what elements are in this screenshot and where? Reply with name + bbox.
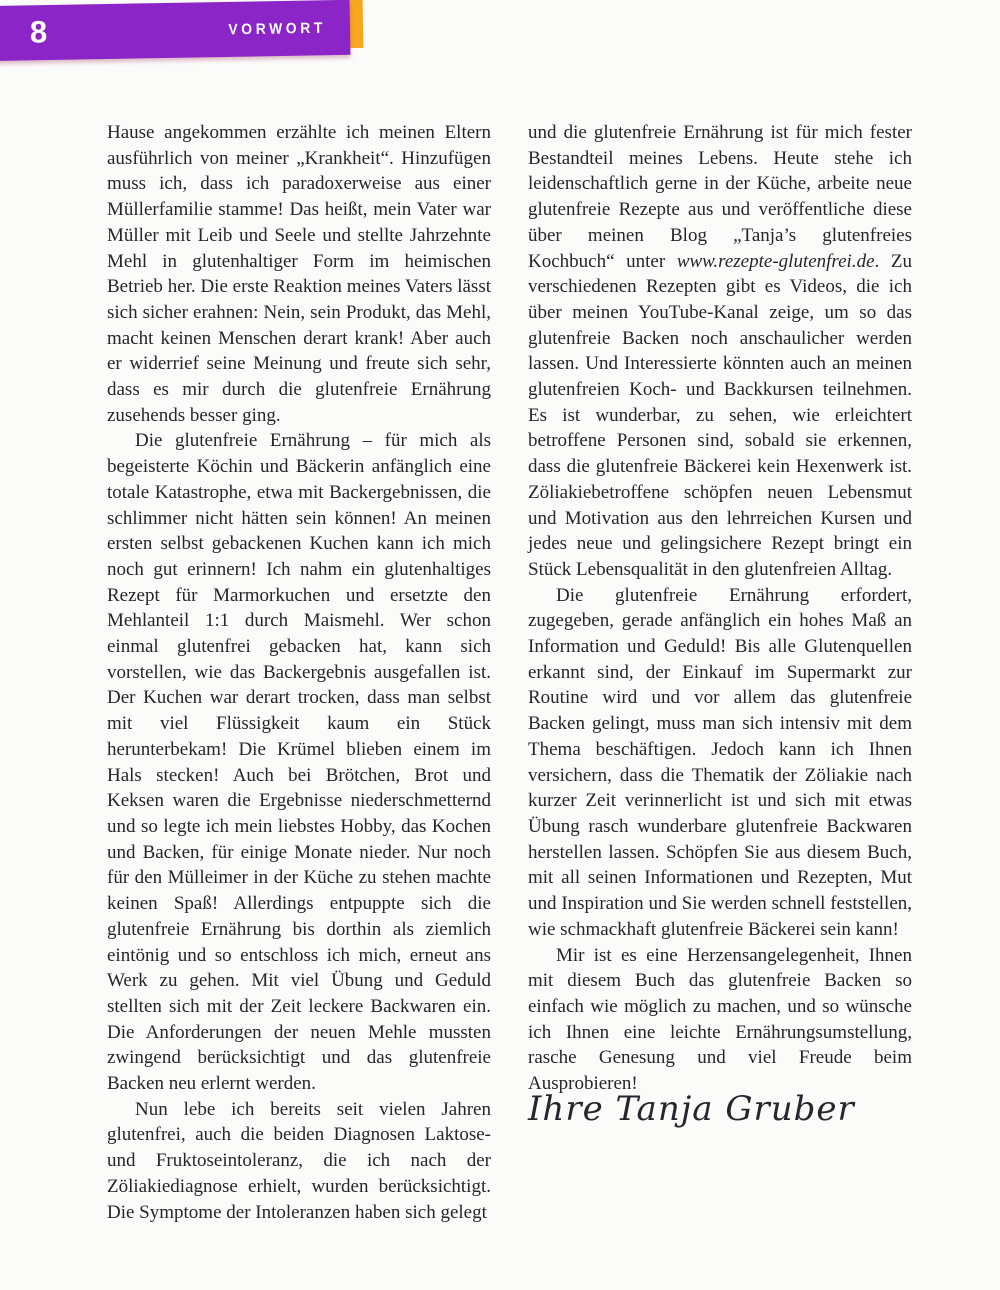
- paragraph: Hause angekommen erzählte ich meinen Elt…: [107, 120, 491, 428]
- section-label: VORWORT: [228, 19, 326, 38]
- paragraph-text: und die glutenfreie Ernährung ist für mi…: [528, 122, 912, 272]
- blog-url: www.rezepte-glutenfrei.de: [677, 251, 875, 272]
- paragraph: Mir ist es eine Herzensangelegenheit, Ih…: [528, 943, 912, 1097]
- paragraph: und die glutenfreie Ernährung ist für mi…: [528, 120, 912, 583]
- page-header-banner: 8 VORWORT: [0, 0, 350, 61]
- paragraph: Die glutenfreie Ernährung erfordert, zug…: [528, 583, 912, 943]
- paragraph: Nun lebe ich bereits seit vielen Jahren …: [107, 1097, 491, 1226]
- page-number: 8: [30, 14, 49, 50]
- paragraph-text: . Zu verschiedenen Rezepten gibt es Vide…: [528, 251, 912, 580]
- author-signature: Ihre Tanja Gruber: [528, 1097, 912, 1123]
- page-content: Hause angekommen erzählte ich meinen Elt…: [107, 120, 913, 1225]
- left-column: Hause angekommen erzählte ich meinen Elt…: [107, 120, 491, 1225]
- paragraph: Die glutenfreie Ernährung – für mich als…: [107, 428, 491, 1096]
- right-column: und die glutenfreie Ernährung ist für mi…: [528, 120, 912, 1225]
